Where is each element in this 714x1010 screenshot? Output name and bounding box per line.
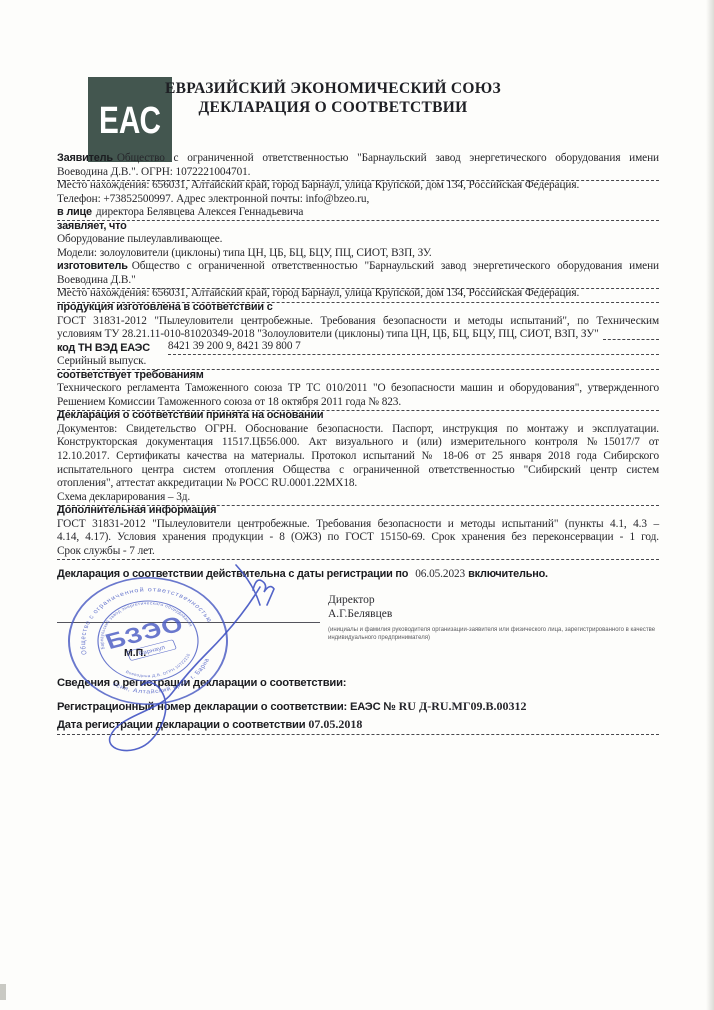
tnved-value: 8421 39 200 9, 8421 39 800 7	[168, 340, 659, 356]
validity-suffix: включительно.	[468, 568, 548, 580]
director-name: А.Г.Белявцев	[328, 608, 392, 622]
in-person-label: в лице	[57, 206, 92, 218]
stamp-inner-top-text: Барнаульский завод энергетического обору…	[86, 591, 194, 651]
registration-date-value: 07.05.2018	[308, 717, 362, 731]
registration-number-value: RU Д-RU.МГ09.В.00312	[399, 699, 527, 713]
stamp-and-signature: Общество с ограниченной ответственностью…	[50, 560, 380, 775]
applicant-line-1: ЗаявительОбщество с ограниченной ответст…	[57, 152, 659, 166]
manufacturer-line-1: изготовительОбщество с ограниченной отве…	[57, 260, 659, 274]
validity-prefix: Декларация о соответствии действительна …	[57, 568, 408, 580]
tnved-line: код ТН ВЭД ЕАЭС8421 39 200 9, 8421 39 80…	[57, 342, 659, 356]
applicant-line-2: Воеводина Д.В.". ОГРН: 1072221004701.	[57, 166, 659, 180]
conforms-line-1: Технического регламента Таможенного союз…	[57, 382, 659, 396]
title-line-1: ЕВРАЗИЙСКИЙ ЭКОНОМИЧЕСКИЙ СОЮЗ	[133, 80, 533, 99]
signature-note: (инициалы и фамилия руководителя организ…	[328, 627, 658, 642]
basis-line-1: Документов: Свидетельство ОГРН. Обоснова…	[57, 423, 659, 437]
title-line-2: ДЕКЛАРАЦИЯ О СООТВЕТСТВИИ	[133, 99, 533, 118]
product-line-2: Модели: золоуловители (циклоны) типа ЦН,…	[57, 247, 659, 261]
gost-line-1: ГОСТ 31831-2012 "Пылеуловители центробеж…	[57, 315, 659, 329]
manufacturer-line-2: Воеводина Д.В."	[57, 274, 659, 288]
registration-date-label: Дата регистрации декларации о соответств…	[57, 719, 305, 731]
in-person-text: директора Белявцева Алексея Геннадьевича	[96, 206, 303, 218]
director-position: Директор	[328, 594, 392, 608]
manufacturer-label: изготовитель	[57, 260, 128, 272]
director-block: Директор А.Г.Белявцев	[328, 594, 392, 621]
applicant-address: Место нахождения: 656031, Алтайский край…	[57, 179, 659, 193]
serial-line: Серийный выпуск.	[57, 355, 659, 369]
registration-number-label: Регистрационный номер декларации о соотв…	[57, 701, 396, 713]
svg-text:Барнаульский завод энергетичес: Барнаульский завод энергетического обору…	[86, 591, 194, 651]
additional-line-1: ГОСТ 31831-2012 "Пылеуловители центробеж…	[57, 518, 659, 532]
registration-number-line: Регистрационный номер декларации о соотв…	[57, 699, 659, 714]
basis-line-2: Конструкторская документация 11517.ЦБ56.…	[57, 436, 659, 450]
document-page: ЕАС ЕВРАЗИЙСКИЙ ЭКОНОМИЧЕСКИЙ СОЮЗ ДЕКЛА…	[0, 0, 714, 1010]
document-body: ЗаявительОбщество с ограниченной ответст…	[57, 152, 659, 581]
conforms-label: соответствует требованиям	[57, 369, 659, 383]
registration-date-line: Дата регистрации декларации о соответств…	[57, 717, 659, 734]
basis-line-4: испытательного центра систем отопления О…	[57, 464, 659, 478]
basis-line-3: 12.10.2017. Сертификаты качества на мате…	[57, 450, 659, 464]
basis-line-5: отопления", аттестат аккредитации № РОСС…	[57, 477, 659, 491]
product-line-1: Оборудование пылеулавливающее.	[57, 233, 659, 247]
registration-info-label: Сведения о регистрации декларации о соот…	[57, 677, 659, 689]
in-person-line: в лицедиректора Белявцева Алексея Геннад…	[57, 206, 659, 220]
document-title: ЕВРАЗИЙСКИЙ ЭКОНОМИЧЕСКИЙ СОЮЗ ДЕКЛАРАЦИ…	[133, 80, 533, 117]
signature-line	[57, 622, 320, 623]
stamp-ring-top-text: Общество с ограниченной ответственностью	[62, 572, 214, 656]
svg-text:Общество с ограниченной ответс: Общество с ограниченной ответственностью	[62, 572, 214, 656]
scan-edge-artifact	[706, 0, 714, 1010]
seal-placeholder: М.П.	[124, 647, 146, 659]
applicant-contact: Телефон: +73852500997. Адрес электронной…	[57, 193, 659, 207]
validity-date: 06.05.2023	[415, 568, 465, 580]
manufacturer-text-1: Общество с ограниченной ответственностью…	[132, 260, 659, 272]
additional-line-2: 4.14, 4.17). Условия хранения продукции …	[57, 531, 659, 545]
applicant-label: Заявитель	[57, 152, 113, 164]
declares-label: заявляет, что	[57, 220, 659, 234]
tnved-label: код ТН ВЭД ЕАЭС	[57, 342, 150, 356]
manufacturer-address: Место нахождения: 656031, Алтайский край…	[57, 287, 659, 301]
applicant-text-1: Общество с ограниченной ответственностью…	[117, 152, 659, 164]
scan-mark-artifact	[0, 984, 6, 1000]
validity-line: Декларация о соответствии действительна …	[57, 568, 659, 582]
scheme-line: Схема декларирования – 3д.	[57, 491, 659, 505]
additional-label: Дополнительная информация	[57, 504, 659, 518]
made-according-label: продукция изготовлена в соответствии с	[57, 301, 659, 315]
conforms-line-2: Решением Комиссии Таможенного союза от 1…	[57, 396, 659, 410]
additional-line-3: Срок службы - 7 лет.	[57, 545, 659, 559]
basis-label: Декларация о соответствии принята на осн…	[57, 409, 659, 423]
registration-block: Сведения о регистрации декларации о соот…	[57, 677, 659, 734]
